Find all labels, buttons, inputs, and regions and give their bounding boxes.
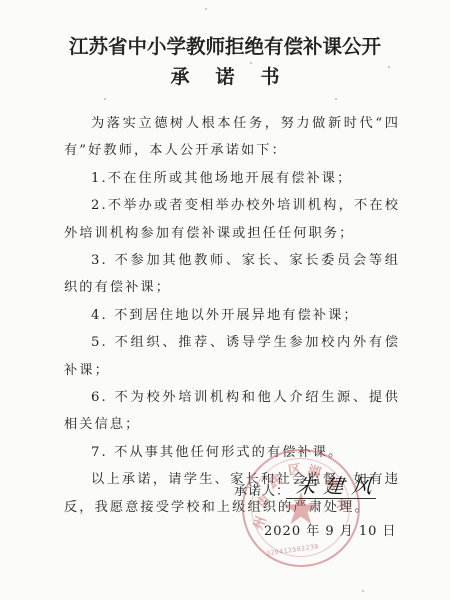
signature-line — [286, 498, 376, 499]
document-title: 江苏省中小学教师拒绝有偿补课公开 — [0, 34, 450, 60]
pledge-item-6: 6. 不为校外培训机构和他人介绍生源、提供相关信息； — [64, 384, 400, 439]
scan-speck — [104, 98, 106, 100]
pledge-item-2: 2.不举办或者变相举办校外培训机构，不在校外培训机构参加有偿补课或担任任何职务； — [64, 192, 400, 247]
scan-speck — [250, 62, 252, 64]
scan-speck — [335, 98, 337, 100]
pledger-label: 承诺人： — [234, 480, 290, 499]
pledge-item-5: 5. 不组织、推荐、诱导学生参加校内外有偿补课； — [64, 329, 400, 384]
signature-date: 2020 年 9 月 10 日 — [264, 520, 397, 539]
scan-speck — [388, 66, 390, 68]
pledge-item-3: 3. 不参加其他教师、家长、家长委员会等组织的有偿补课； — [64, 247, 400, 302]
pledge-item-4: 4. 不到居住地以外开展异地有偿补课； — [64, 302, 400, 329]
pledge-item-1: 1.不在住所或其他场地开展有偿补课； — [64, 165, 400, 192]
scan-speck — [205, 8, 207, 10]
pledge-document: 江苏省中小学教师拒绝有偿补课公开 承诺书 为落实立德树人根本任务，努力做新时代“… — [0, 0, 450, 600]
handwritten-signature: 朱建风 — [294, 470, 381, 499]
official-seal: ★ 州 市 武 区 湖 塘 中 320412502230 — [242, 449, 360, 567]
intro-paragraph: 为落实立德树人根本任务，努力做新时代“四有”好教师，本人公开承诺如下： — [64, 110, 400, 165]
document-subtitle: 承诺书 — [0, 64, 450, 90]
signature-block: ★ 州 市 武 区 湖 塘 中 320412502230 承诺人： 朱建风 20… — [200, 445, 420, 585]
scan-speck — [362, 590, 364, 592]
